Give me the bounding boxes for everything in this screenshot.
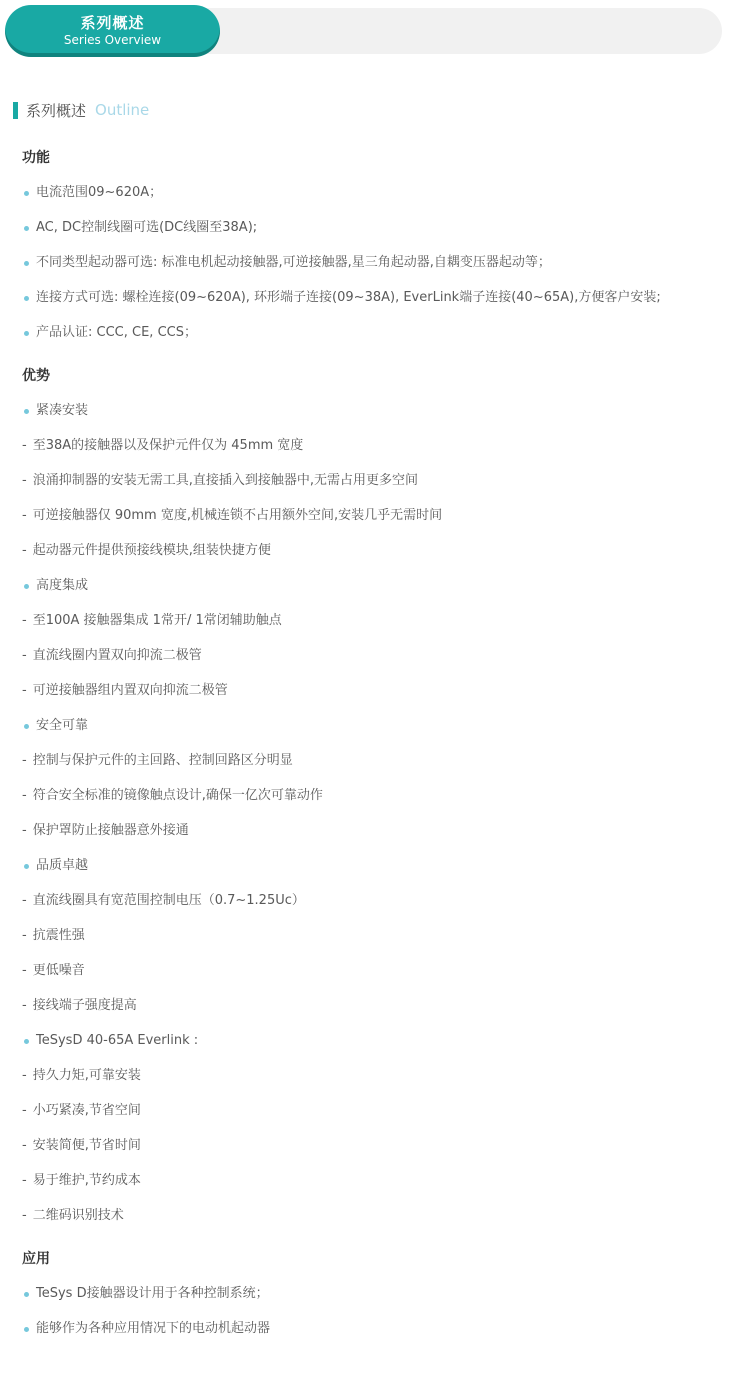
advantage-item-text: 至100A 接触器集成 1常开/ 1常闭辅助触点 bbox=[33, 612, 282, 630]
advantage-item: 紧凑安装 bbox=[22, 402, 720, 420]
application-item-text: TeSys D接触器设计用于各种控制系统； bbox=[36, 1285, 269, 1303]
advantage-item: -至100A 接触器集成 1常开/ 1常闭辅助触点 bbox=[22, 612, 720, 630]
section-title: 系列概述 Outline bbox=[13, 100, 750, 120]
dash-marker: - bbox=[22, 892, 27, 910]
advantage-item: -持久力矩,可靠安装 bbox=[22, 1067, 720, 1085]
feature-item-text: 不同类型起动器可选: 标准电机起动接触器,可逆接触器,星三角起动器,自耦变压器起… bbox=[36, 254, 551, 272]
dash-marker: - bbox=[22, 1137, 27, 1155]
dash-marker: - bbox=[22, 1172, 27, 1190]
bullet-dot-icon bbox=[24, 724, 29, 729]
bullet-dot-icon bbox=[24, 331, 29, 336]
content: 功能 电流范围09~620A； AC, DC控制线圈可选(DC线圈至38A); … bbox=[0, 120, 750, 1395]
feature-item: AC, DC控制线圈可选(DC线圈至38A); bbox=[22, 219, 720, 237]
heading-applications: 应用 bbox=[22, 1250, 720, 1268]
dash-marker: - bbox=[22, 1067, 27, 1085]
bullet-dot-icon bbox=[24, 296, 29, 301]
advantage-item: 品质卓越 bbox=[22, 857, 720, 875]
advantage-item-text: 浪涌抑制器的安装无需工具,直接插入到接触器中,无需占用更多空间 bbox=[33, 472, 418, 490]
tab-title-en: Series Overview bbox=[64, 33, 161, 47]
feature-item: 产品认证: CCC, CE, CCS； bbox=[22, 324, 720, 342]
advantage-item-text: 持久力矩,可靠安装 bbox=[33, 1067, 141, 1085]
advantage-item: 高度集成 bbox=[22, 577, 720, 595]
advantage-item-text: 安全可靠 bbox=[36, 717, 88, 735]
dash-marker: - bbox=[22, 437, 27, 455]
tab-title-cn: 系列概述 bbox=[80, 15, 144, 32]
dash-marker: - bbox=[22, 612, 27, 630]
bullet-dot-icon bbox=[24, 1292, 29, 1297]
tab-bar: 系列概述 Series Overview bbox=[0, 0, 750, 62]
advantage-item-text: 品质卓越 bbox=[36, 857, 88, 875]
advantage-item: -可逆接触器仅 90mm 宽度,机械连锁不占用额外空间,安装几乎无需时间 bbox=[22, 507, 720, 525]
advantage-item: -可逆接触器组内置双向抑流二极管 bbox=[22, 682, 720, 700]
bullet-dot-icon bbox=[24, 1327, 29, 1332]
bullet-dot-icon bbox=[24, 261, 29, 266]
application-item-text: 能够作为各种应用情况下的电动机起动器 bbox=[36, 1320, 270, 1338]
dash-marker: - bbox=[22, 752, 27, 770]
advantage-item-text: 安装简便,节省时间 bbox=[33, 1137, 141, 1155]
dash-marker: - bbox=[22, 542, 27, 560]
advantage-item-text: 直流线圈内置双向抑流二极管 bbox=[33, 647, 202, 665]
dash-marker: - bbox=[22, 997, 27, 1015]
advantage-item: -至38A的接触器以及保护元件仅为 45mm 宽度 bbox=[22, 437, 720, 455]
advantage-item-text: 接线端子强度提高 bbox=[33, 997, 137, 1015]
advantage-item: -符合安全标准的镜像触点设计,确保一亿次可靠动作 bbox=[22, 787, 720, 805]
accent-bar-icon bbox=[13, 102, 18, 119]
advantage-item-text: 抗震性强 bbox=[33, 927, 85, 945]
advantage-item-text: 高度集成 bbox=[36, 577, 88, 595]
advantage-item-text: 至38A的接触器以及保护元件仅为 45mm 宽度 bbox=[33, 437, 304, 455]
feature-item-text: 电流范围09~620A； bbox=[36, 184, 162, 202]
advantage-item-text: TeSysD 40-65A Everlink : bbox=[36, 1032, 198, 1050]
heading-features: 功能 bbox=[22, 149, 720, 167]
bullet-dot-icon bbox=[24, 191, 29, 196]
feature-item: 不同类型起动器可选: 标准电机起动接触器,可逆接触器,星三角起动器,自耦变压器起… bbox=[22, 254, 720, 272]
feature-item-text: 连接方式可选: 螺栓连接(09~620A), 环形端子连接(09~38A), E… bbox=[36, 289, 661, 307]
tab-series-overview[interactable]: 系列概述 Series Overview bbox=[5, 5, 220, 57]
application-item: 能够作为各种应用情况下的电动机起动器 bbox=[22, 1320, 720, 1338]
dash-marker: - bbox=[22, 682, 27, 700]
bullet-dot-icon bbox=[24, 409, 29, 414]
advantage-item: -抗震性强 bbox=[22, 927, 720, 945]
dash-marker: - bbox=[22, 1207, 27, 1225]
feature-item-text: 产品认证: CCC, CE, CCS； bbox=[36, 324, 197, 342]
advantage-item: -小巧紧凑,节省空间 bbox=[22, 1102, 720, 1120]
advantage-item: -浪涌抑制器的安装无需工具,直接插入到接触器中,无需占用更多空间 bbox=[22, 472, 720, 490]
dash-marker: - bbox=[22, 472, 27, 490]
advantage-item-text: 易于维护,节约成本 bbox=[33, 1172, 141, 1190]
advantage-item: 安全可靠 bbox=[22, 717, 720, 735]
feature-item-text: AC, DC控制线圈可选(DC线圈至38A); bbox=[36, 219, 257, 237]
dash-marker: - bbox=[22, 507, 27, 525]
dash-marker: - bbox=[22, 962, 27, 980]
advantage-item-text: 可逆接触器组内置双向抑流二极管 bbox=[33, 682, 228, 700]
advantage-item: -接线端子强度提高 bbox=[22, 997, 720, 1015]
advantage-item-text: 保护罩防止接触器意外接通 bbox=[33, 822, 189, 840]
dash-marker: - bbox=[22, 647, 27, 665]
advantage-item-text: 直流线圈具有宽范围控制电压（0.7~1.25Uc） bbox=[33, 892, 305, 910]
bullet-dot-icon bbox=[24, 226, 29, 231]
advantage-item: -控制与保护元件的主回路、控制回路区分明显 bbox=[22, 752, 720, 770]
advantage-item: -直流线圈具有宽范围控制电压（0.7~1.25Uc） bbox=[22, 892, 720, 910]
dash-marker: - bbox=[22, 1102, 27, 1120]
advantage-item: -更低噪音 bbox=[22, 962, 720, 980]
feature-item: 连接方式可选: 螺栓连接(09~620A), 环形端子连接(09~38A), E… bbox=[22, 289, 720, 307]
application-item: TeSys D接触器设计用于各种控制系统； bbox=[22, 1285, 720, 1303]
advantage-item: -保护罩防止接触器意外接通 bbox=[22, 822, 720, 840]
advantage-item-text: 起动器元件提供预接线模块,组装快捷方便 bbox=[33, 542, 271, 560]
dash-marker: - bbox=[22, 787, 27, 805]
advantage-item: -二维码识别技术 bbox=[22, 1207, 720, 1225]
feature-item: 电流范围09~620A； bbox=[22, 184, 720, 202]
advantage-item-text: 控制与保护元件的主回路、控制回路区分明显 bbox=[33, 752, 293, 770]
advantage-item-text: 更低噪音 bbox=[33, 962, 85, 980]
advantage-item: -安装简便,节省时间 bbox=[22, 1137, 720, 1155]
dash-marker: - bbox=[22, 927, 27, 945]
advantage-item: -易于维护,节约成本 bbox=[22, 1172, 720, 1190]
dash-marker: - bbox=[22, 822, 27, 840]
advantage-item-text: 小巧紧凑,节省空间 bbox=[33, 1102, 141, 1120]
bullet-dot-icon bbox=[24, 584, 29, 589]
section-title-cn: 系列概述 bbox=[26, 100, 86, 121]
page: 系列概述 Series Overview 系列概述 Outline 功能 电流范… bbox=[0, 0, 750, 1395]
advantage-item: -直流线圈内置双向抑流二极管 bbox=[22, 647, 720, 665]
advantage-item: TeSysD 40-65A Everlink : bbox=[22, 1032, 720, 1050]
section-title-en: Outline bbox=[95, 101, 149, 119]
advantage-item-text: 紧凑安装 bbox=[36, 402, 88, 420]
advantage-item: -起动器元件提供预接线模块,组装快捷方便 bbox=[22, 542, 720, 560]
heading-advantages: 优势 bbox=[22, 367, 720, 385]
advantage-item-text: 可逆接触器仅 90mm 宽度,机械连锁不占用额外空间,安装几乎无需时间 bbox=[33, 507, 442, 525]
bullet-dot-icon bbox=[24, 1039, 29, 1044]
advantage-item-text: 二维码识别技术 bbox=[33, 1207, 124, 1225]
advantage-item-text: 符合安全标准的镜像触点设计,确保一亿次可靠动作 bbox=[33, 787, 323, 805]
bullet-dot-icon bbox=[24, 864, 29, 869]
